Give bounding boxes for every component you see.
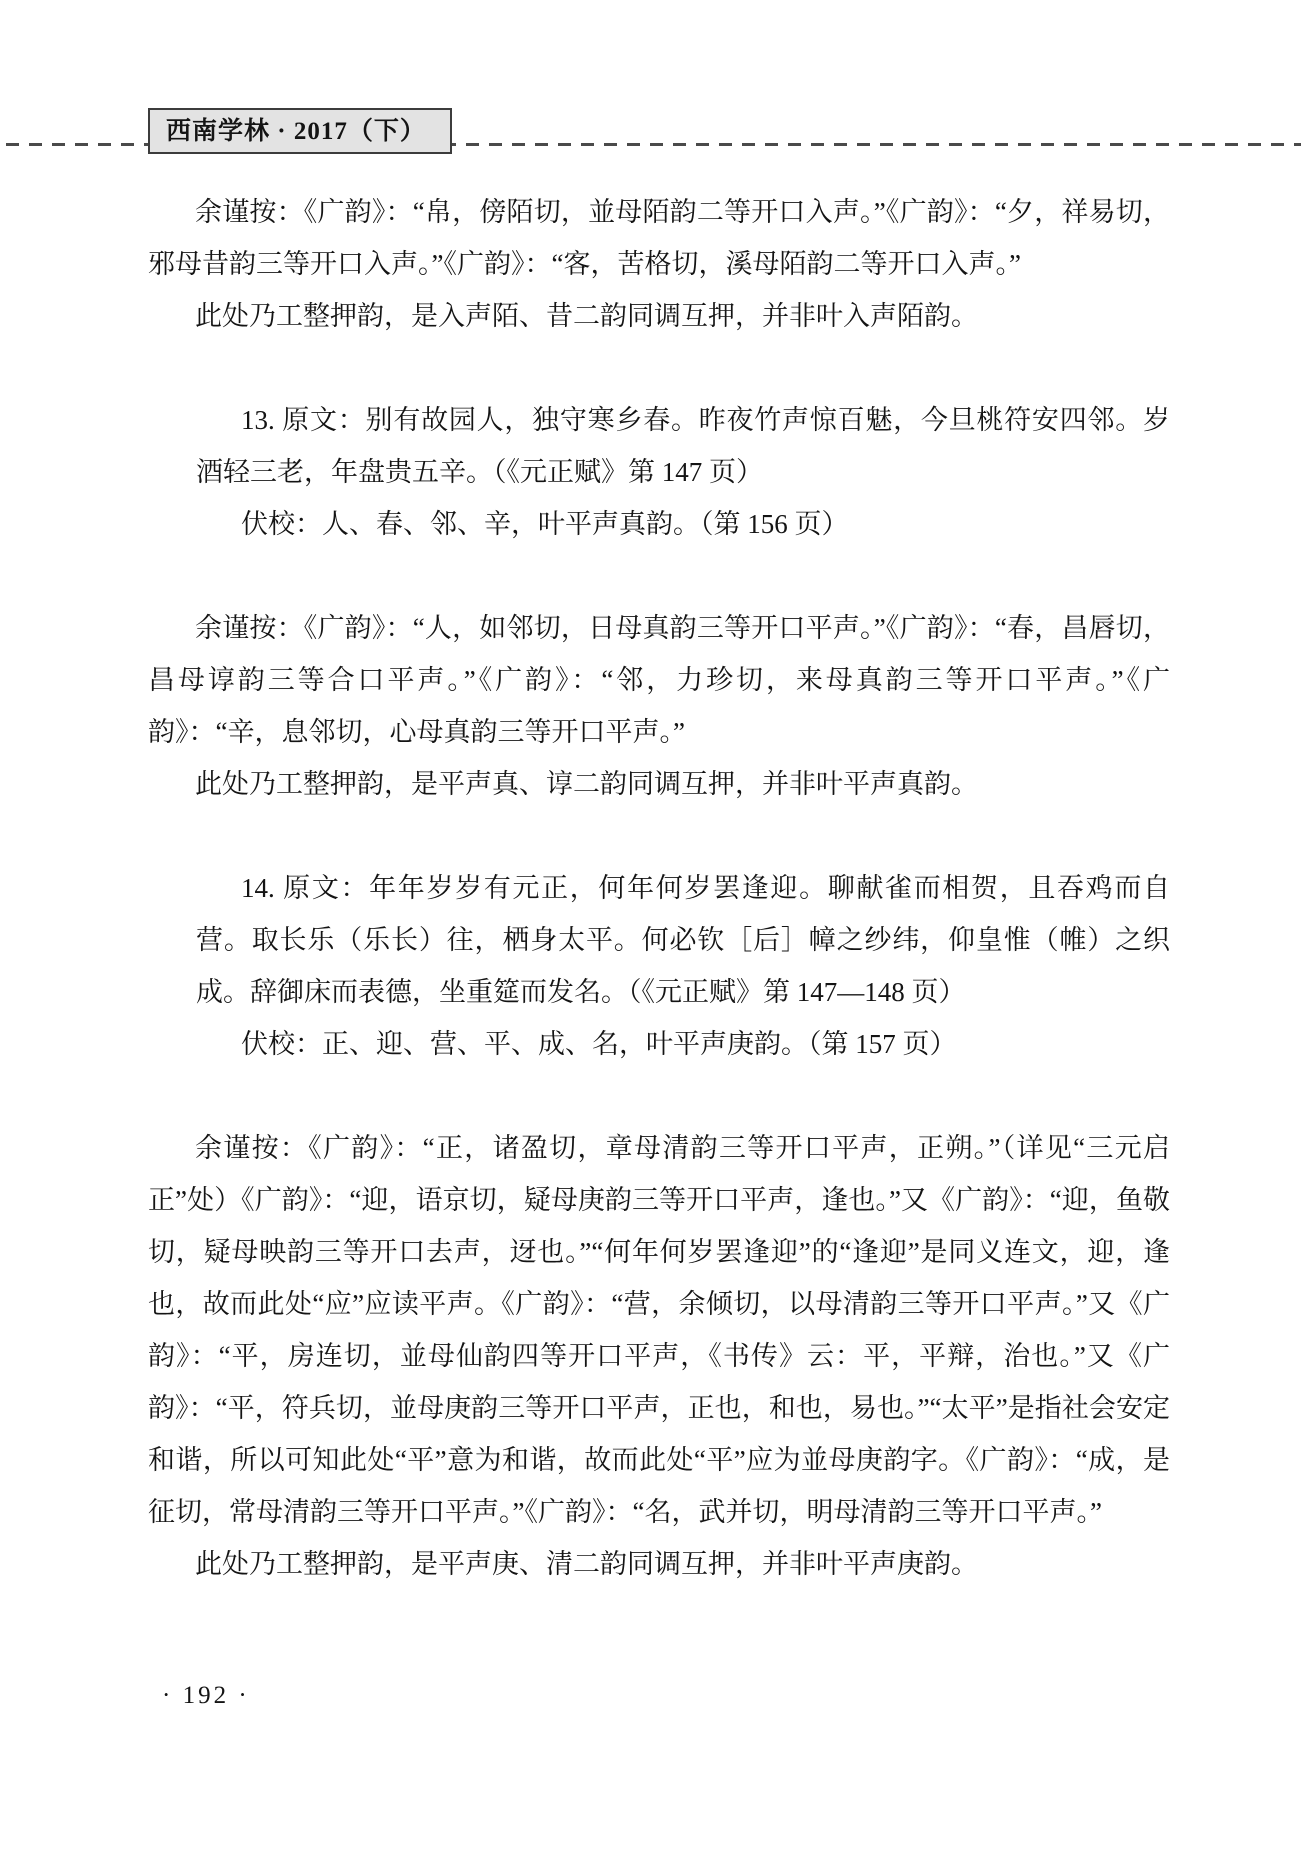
annotation-paragraph-13: 余谨按：《广韵》：“人，如邻切，日母真韵三等开口平声。”《广韵》：“春，昌唇切，… [148, 602, 1170, 758]
page-number: · 192 · [162, 1682, 250, 1710]
annotation-paragraph-12: 余谨按：《广韵》：“帛，傍陌切，並母陌韵二等开口入声。”《广韵》：“夕，祥易切，… [148, 186, 1170, 290]
running-head: 西南学林 · 2017（下） [148, 108, 452, 154]
text-block: 余谨按：《广韵》：“帛，傍陌切，並母陌韵二等开口入声。”《广韵》：“夕，祥易切，… [148, 186, 1170, 1590]
running-head-title: 西南学林 · 2017（下） [166, 118, 426, 145]
conclusion-paragraph-14: 此处乃工整押韵，是平声庚、清二韵同调互押，并非叶平声庚韵。 [148, 1538, 1170, 1590]
conclusion-paragraph-13: 此处乃工整押韵，是平声真、谆二韵同调互押，并非叶平声真韵。 [148, 758, 1170, 810]
book-page: 西南学林 · 2017（下） 余谨按：《广韵》：“帛，傍陌切，並母陌韵二等开口入… [0, 0, 1307, 1859]
quote-14-fuxiao: 伏校：正、迎、营、平、成、名，叶平声庚韵。（第 157 页） [196, 1018, 1170, 1070]
quote-14-original: 14. 原文：年年岁岁有元正，何年何岁罢逢迎。聊献雀而相贺，且吞鸡而自营。取长乐… [196, 862, 1170, 1018]
annotation-paragraph-14: 余谨按：《广韵》：“正，诸盈切，章母清韵三等开口平声，正朔。”（详见“三元启正”… [148, 1122, 1170, 1538]
quote-13-fuxiao: 伏校：人、春、邻、辛，叶平声真韵。（第 156 页） [196, 498, 1170, 550]
conclusion-paragraph-12: 此处乃工整押韵，是入声陌、昔二韵同调互押，并非叶入声陌韵。 [148, 290, 1170, 342]
quote-13-original: 13. 原文：别有故园人，独守寒乡春。昨夜竹声惊百魅，今旦桃符安四邻。岁酒轻三老… [196, 394, 1170, 498]
